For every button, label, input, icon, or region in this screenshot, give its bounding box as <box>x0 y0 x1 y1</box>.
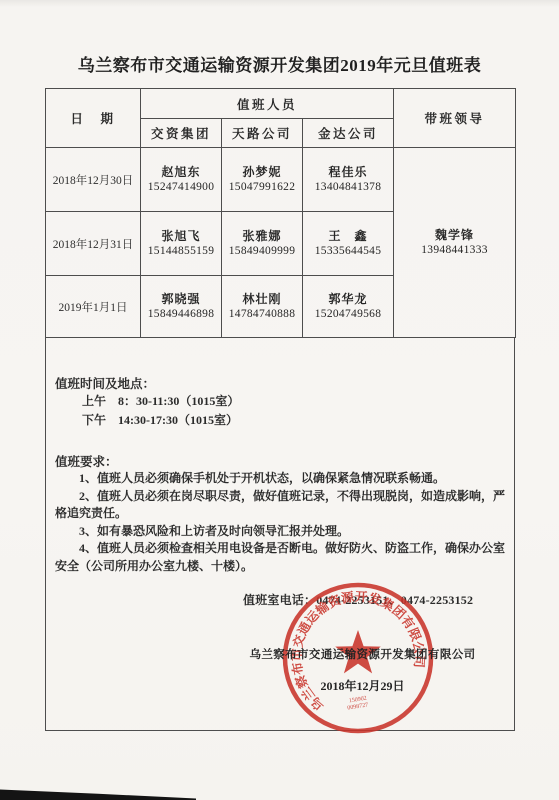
duty-person-cell: 张旭飞 15144855159 <box>141 212 222 276</box>
header-row-1: 日 期 值班人员 带班领导 <box>46 89 516 119</box>
schedule-heading: 值班时间及地点： <box>55 338 505 392</box>
schedule-lines: 上午 8：30-11:30（1015室） 下午 14:30-17:30（1015… <box>55 392 505 430</box>
person-phone: 15247414900 <box>141 180 221 195</box>
person-name: 郭晓强 <box>141 291 221 307</box>
col-header-duty-personnel: 值班人员 <box>141 89 394 119</box>
document-page: 乌兰察布市交通运输资源开发集团2019年元旦值班表 日 期 值班人员 带班领导 … <box>0 0 559 800</box>
duty-person-cell: 王 鑫 15335644545 <box>303 212 394 276</box>
person-phone: 15849409999 <box>222 244 302 259</box>
person-phone: 15849446898 <box>141 307 221 322</box>
duty-person-cell: 郭晓强 15849446898 <box>141 276 222 338</box>
person-name: 张旭飞 <box>141 228 221 244</box>
schedule-line-morning: 上午 8：30-11:30（1015室） <box>82 392 505 411</box>
leader-name: 魏学锋 <box>394 227 515 243</box>
col-header-leader: 带班领导 <box>394 89 516 148</box>
date-cell: 2018年12月30日 <box>46 148 141 212</box>
duty-person-cell: 程佳乐 13404841378 <box>303 148 394 212</box>
duty-table: 日 期 值班人员 带班领导 交资集团 天路公司 金达公司 2018年12月30日… <box>45 88 516 338</box>
date-cell: 2018年12月31日 <box>46 212 141 276</box>
duty-person-cell: 林壮刚 14784740888 <box>222 276 303 338</box>
person-phone: 15204749568 <box>303 307 393 322</box>
date-cell: 2019年1月1日 <box>46 276 141 338</box>
requirement-item: 4、值班人员必须检查相关用电设备是否断电。做好防火、防盗工作，确保办公室安全（公… <box>55 540 505 575</box>
col-header-company-1: 交资集团 <box>141 119 222 148</box>
schedule-line-afternoon: 下午 14:30-17:30（1015室） <box>82 411 505 430</box>
requirement-item: 1、值班人员必须确保手机处于开机状态，以确保紧急情况联系畅通。 <box>55 470 505 488</box>
leader-cell: 魏学锋 13948441333 <box>394 148 516 338</box>
person-phone: 14784740888 <box>222 307 302 322</box>
duty-person-cell: 张雅娜 15849409999 <box>222 212 303 276</box>
person-name: 张雅娜 <box>222 228 302 244</box>
duty-person-cell: 孙梦妮 15047991622 <box>222 148 303 212</box>
col-header-company-3: 金达公司 <box>303 119 394 148</box>
person-name: 孙梦妮 <box>222 164 302 180</box>
requirements-heading: 值班要求： <box>55 452 505 470</box>
person-name: 程佳乐 <box>303 164 393 180</box>
table-row: 2018年12月30日 赵旭东 15247414900 孙梦妮 15047991… <box>46 148 516 212</box>
person-phone: 15144855159 <box>141 244 221 259</box>
person-name: 王 鑫 <box>303 228 393 244</box>
requirement-item: 2、值班人员必须在岗尽职尽责，做好值班记录，不得出现脱岗，如造成影响，严格追究责… <box>55 488 505 523</box>
requirement-item: 3、如有暴恐风险和上访者及时向领导汇报并处理。 <box>55 523 505 541</box>
requirements-list: 1、值班人员必须确保手机处于开机状态，以确保紧急情况联系畅通。 2、值班人员必须… <box>55 470 505 575</box>
leader-phone: 13948441333 <box>394 243 515 258</box>
person-phone: 15047991622 <box>222 180 302 195</box>
page-title: 乌兰察布市交通运输资源开发集团2019年元旦值班表 <box>0 51 559 76</box>
person-name: 赵旭东 <box>141 164 221 180</box>
person-name: 林壮刚 <box>222 291 302 307</box>
duty-person-cell: 赵旭东 15247414900 <box>141 148 222 212</box>
col-header-company-2: 天路公司 <box>222 119 303 148</box>
person-phone: 13404841378 <box>303 180 393 195</box>
col-header-date: 日 期 <box>46 89 141 148</box>
person-name: 郭华龙 <box>303 291 393 307</box>
signature-date: 2018年12月29日 <box>235 677 490 694</box>
signature-company: 乌兰察布市交通运输资源开发集团有限公司 <box>235 646 490 662</box>
person-phone: 15335644545 <box>303 244 393 259</box>
duty-person-cell: 郭华龙 15204749568 <box>303 276 394 338</box>
scan-corner-artifact <box>0 788 196 800</box>
